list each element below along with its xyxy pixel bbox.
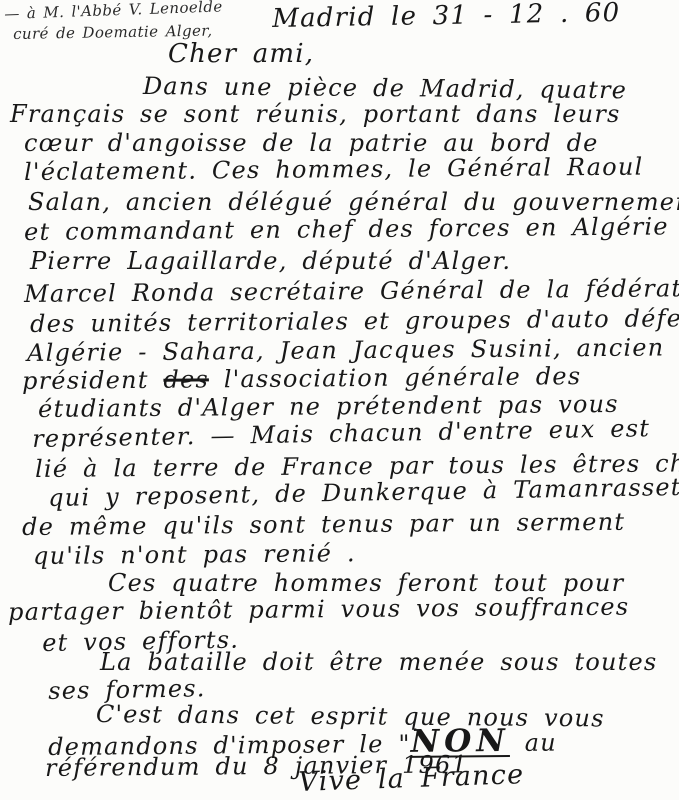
- body-line-17: qu'ils n'ont pas renié .: [33, 540, 356, 569]
- letter-page: — à M. l'Abbé V. Lenoeldecuré de Doemati…: [0, 0, 679, 800]
- body-line-2: Français se sont réunis, portant dans le…: [10, 101, 621, 127]
- body-line-21: La bataille doit être menée sous toutes: [100, 649, 657, 675]
- body-line-8: Marcel Ronda secrétaire Général de la fé…: [24, 275, 679, 307]
- body-line-19: partager bientôt parmi vous vos souffran…: [8, 594, 629, 626]
- body-line-11: président des l'association générale des: [22, 363, 581, 394]
- body-line-9: des unités territoriales et groupes d'au…: [30, 305, 679, 337]
- date-line: Madrid le 31 - 12 . 60: [272, 0, 621, 34]
- struck-out-word: des: [163, 365, 209, 393]
- body-line-6: et commandant en chef des forces en Algé…: [24, 213, 669, 245]
- line-text-segment: au: [510, 729, 557, 757]
- line-text-segment: l'association générale des: [209, 362, 582, 393]
- body-line-7: Pierre Lagaillarde, député d'Alger.: [30, 248, 511, 274]
- closing-line: Vive la France: [298, 760, 525, 798]
- body-line-3: cœur d'angoisse de la patrie au bord de: [24, 130, 599, 156]
- body-line-4: l'éclatement. Ces hommes, le Général Rao…: [24, 154, 644, 186]
- body-line-5: Salan, ancien délégué général du gouvern…: [28, 189, 679, 215]
- recipient-note-line-1: — à M. l'Abbé V. Lenoelde: [4, 0, 223, 22]
- salutation: Cher ami,: [168, 40, 314, 69]
- line-text-segment: président: [22, 366, 164, 395]
- body-line-16: de même qu'ils sont tenus par un serment: [22, 509, 625, 541]
